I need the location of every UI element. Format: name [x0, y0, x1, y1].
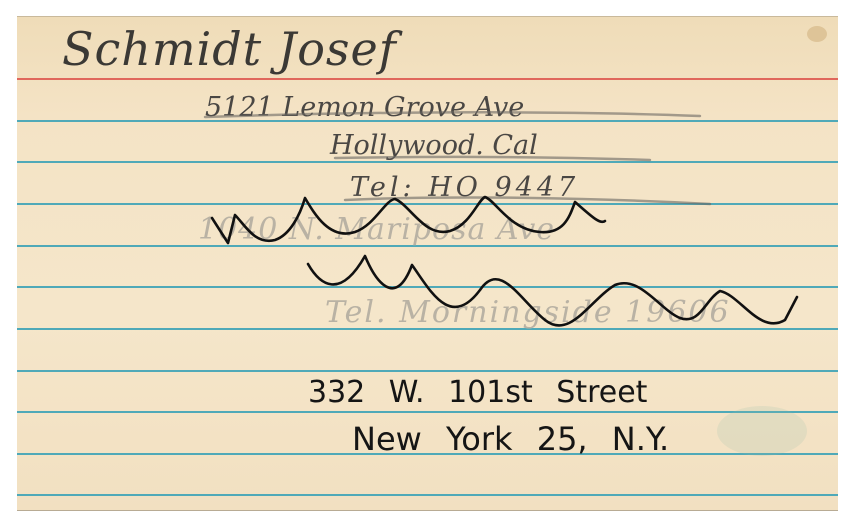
scribble-icon	[212, 197, 605, 243]
scribble-icon	[308, 256, 797, 325]
markings	[0, 0, 850, 524]
strike-line	[205, 112, 700, 117]
strike-line	[335, 157, 650, 160]
